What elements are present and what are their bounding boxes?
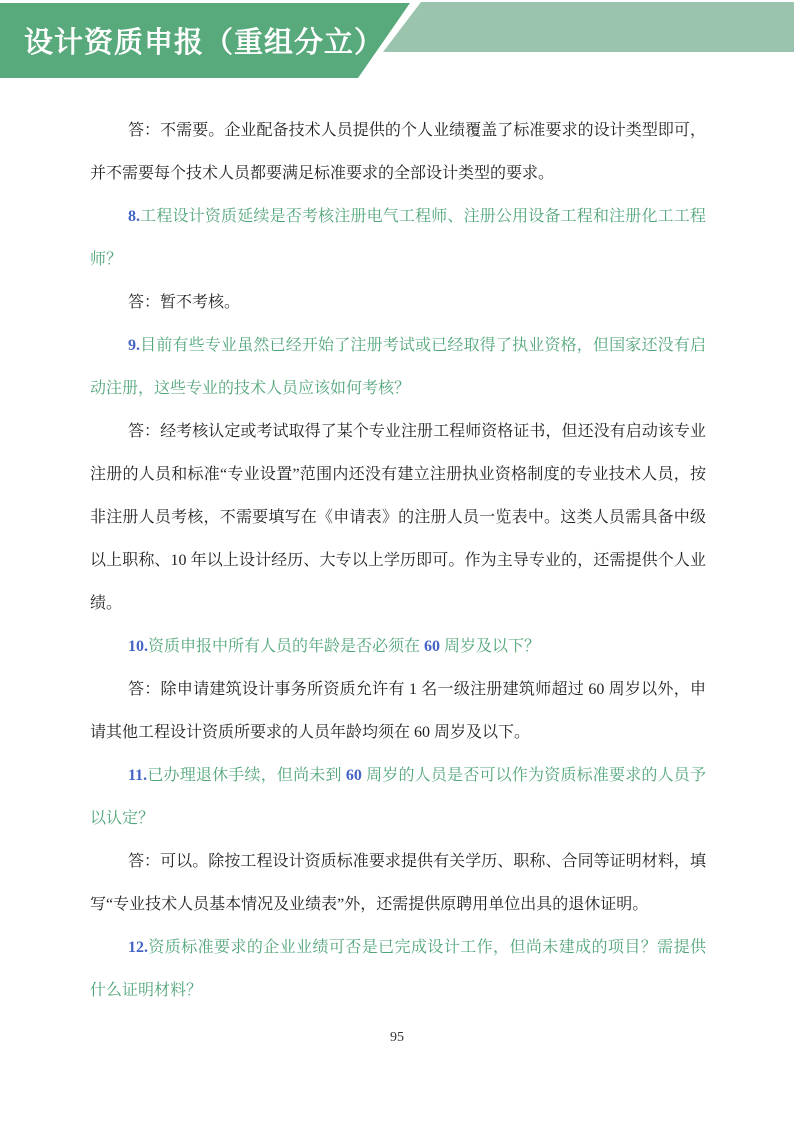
question-text-segment: 工程设计资质延续是否考核注册电气工程师、注册公用设备工程和注册化工工程师？	[90, 208, 706, 268]
page-title: 设计资质申报（重组分立）	[0, 20, 384, 61]
question-paragraph: 9.目前有些专业虽然已经开始了注册考试或已经取得了执业资格，但国家还没有启动注册…	[90, 324, 706, 410]
question-paragraph: 10.资质申报中所有人员的年龄是否必须在 60 周岁及以下？	[90, 625, 706, 668]
question-text-segment: 已办理退休手续，但尚未到	[147, 767, 346, 784]
answer-paragraph: 答：不需要。企业配备技术人员提供的个人业绩覆盖了标准要求的设计类型即可，并不需要…	[90, 109, 706, 195]
page-number: 95	[0, 1030, 794, 1046]
answer-paragraph: 答：可以。除按工程设计资质标准要求提供有关学历、职称、合同等证明材料，填写“专业…	[90, 840, 706, 926]
answer-text-segment: 答：暂不考核。	[128, 294, 240, 311]
answer-text-segment: 答：不需要。企业配备技术人员提供的个人业绩覆盖了标准要求的设计类型即可，并不需要…	[90, 122, 706, 182]
question-paragraph: 12.资质标准要求的企业业绩可否是已完成设计工作，但尚未建成的项目？需提供什么证…	[90, 926, 706, 1012]
document-body: 答：不需要。企业配备技术人员提供的个人业绩覆盖了标准要求的设计类型即可，并不需要…	[90, 109, 706, 1012]
question-paragraph: 8.工程设计资质延续是否考核注册电气工程师、注册公用设备工程和注册化工工程师？	[90, 195, 706, 281]
question-text-segment: 资质标准要求的企业业绩可否是已完成设计工作，但尚未建成的项目？需提供什么证明材料…	[90, 939, 706, 999]
question-text-segment: 8.	[128, 208, 140, 225]
question-text-segment: 11.	[128, 767, 147, 784]
question-paragraph: 11.已办理退休手续，但尚未到 60 周岁的人员是否可以作为资质标准要求的人员予…	[90, 754, 706, 840]
answer-text-segment: 答：可以。除按工程设计资质标准要求提供有关学历、职称、合同等证明材料，填写“专业…	[90, 853, 706, 913]
header-accent-strip	[383, 2, 794, 52]
document-page: 设计资质申报（重组分立） 答：不需要。企业配备技术人员提供的个人业绩覆盖了标准要…	[0, 0, 794, 1123]
question-text-segment: 10.	[128, 638, 148, 655]
question-text-segment: 60	[346, 767, 362, 784]
question-text-segment: 目前有些专业虽然已经开始了注册考试或已经取得了执业资格，但国家还没有启动注册，这…	[90, 337, 706, 397]
header-banner: 设计资质申报（重组分立）	[0, 3, 410, 78]
answer-text-segment: 答：经考核认定或考试取得了某个专业注册工程师资格证书，但还没有启动该专业注册的人…	[90, 423, 706, 612]
question-text-segment: 9.	[128, 337, 140, 354]
answer-paragraph: 答：暂不考核。	[90, 281, 706, 324]
answer-paragraph: 答：经考核认定或考试取得了某个专业注册工程师资格证书，但还没有启动该专业注册的人…	[90, 410, 706, 625]
question-text-segment: 资质申报中所有人员的年龄是否必须在	[148, 638, 424, 655]
question-text-segment: 60	[424, 638, 440, 655]
answer-paragraph: 答：除申请建筑设计事务所资质允许有 1 名一级注册建筑师超过 60 周岁以外，申…	[90, 668, 706, 754]
question-text-segment: 周岁及以下？	[440, 638, 540, 655]
question-text-segment: 12.	[128, 939, 148, 956]
answer-text-segment: 答：除申请建筑设计事务所资质允许有 1 名一级注册建筑师超过 60 周岁以外，申…	[90, 681, 706, 741]
